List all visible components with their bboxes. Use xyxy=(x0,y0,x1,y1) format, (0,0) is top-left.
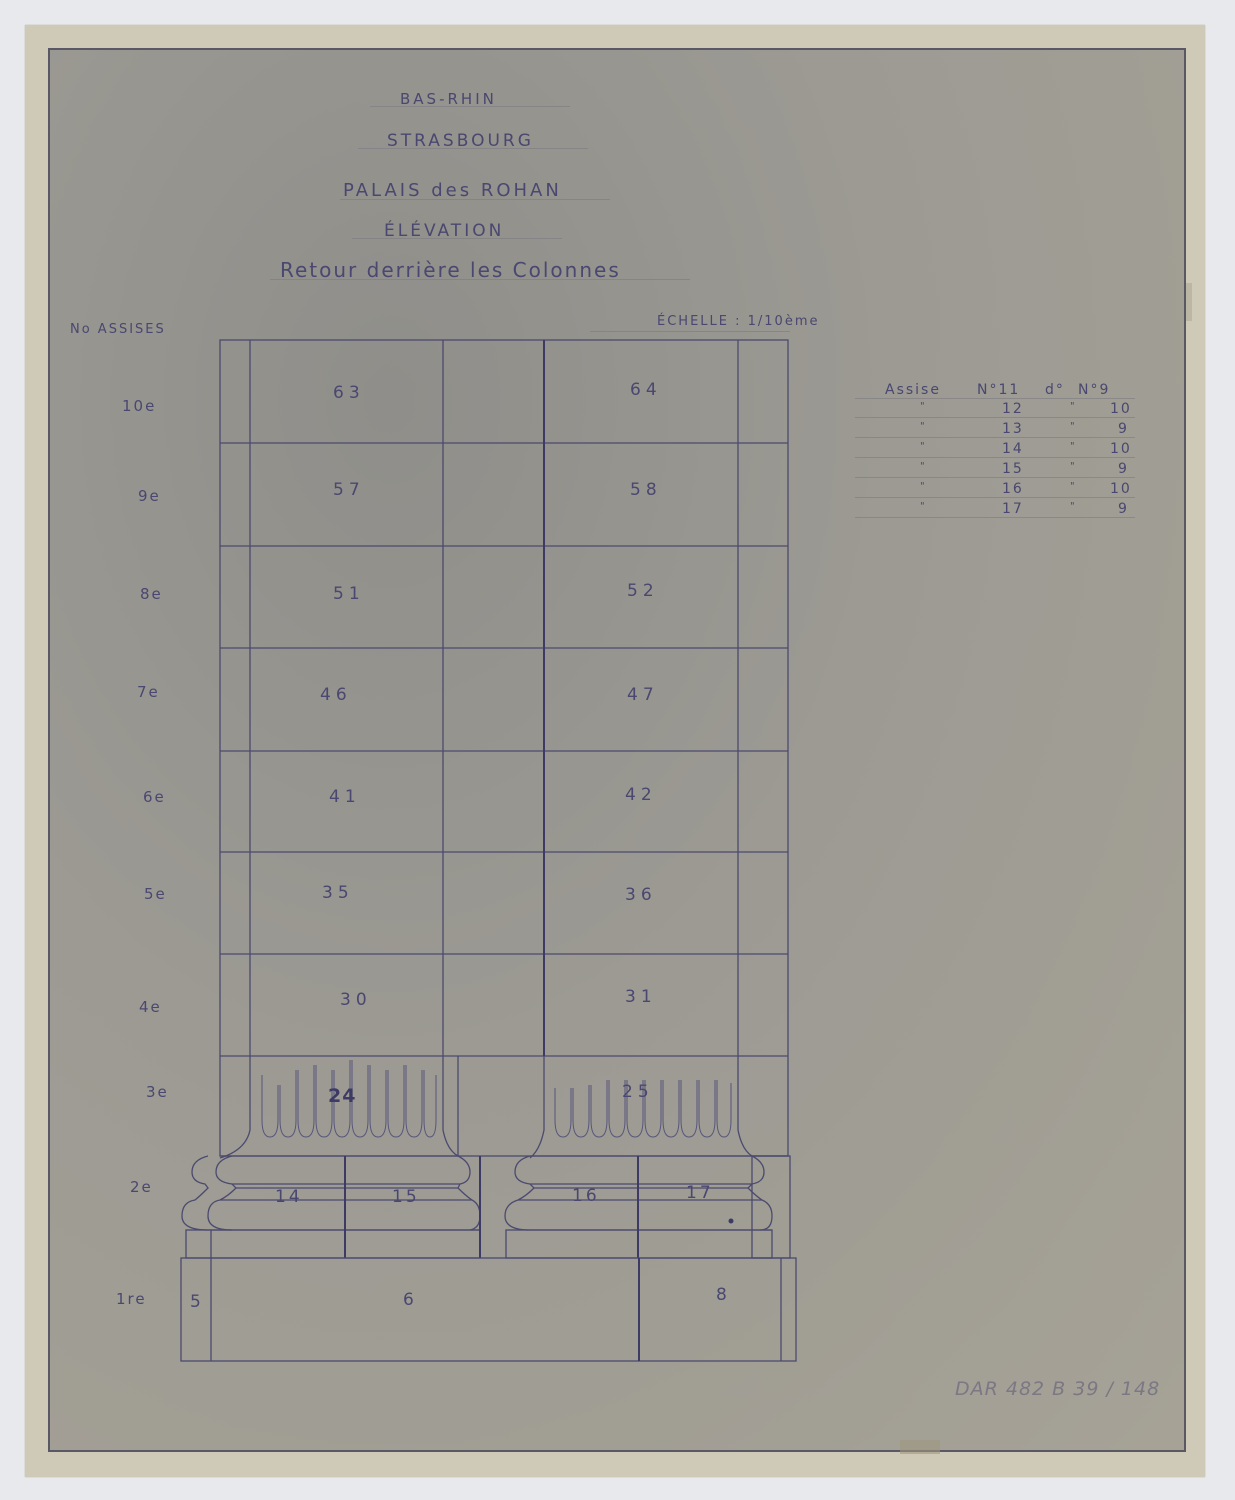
stone-number: 41 xyxy=(329,787,361,807)
table-cell: " xyxy=(1070,401,1077,412)
table-rule xyxy=(855,398,1135,399)
stone-number: 42 xyxy=(625,785,657,805)
table-cell: 10 xyxy=(1110,481,1132,497)
table-cell: 16 xyxy=(1002,481,1024,497)
table-cell: " xyxy=(1070,481,1077,492)
stone-number: 8 xyxy=(716,1285,732,1305)
table-header-cell: N°11 xyxy=(977,382,1020,398)
stone-number: 52 xyxy=(627,581,659,601)
stone-number: 35 xyxy=(322,883,354,903)
table-cell: " xyxy=(920,421,927,432)
table-cell: 15 xyxy=(1002,461,1024,477)
table-cell: " xyxy=(1070,421,1077,432)
stone-number: 6 xyxy=(403,1290,419,1310)
stone-number: 57 xyxy=(333,480,365,500)
archive-reference: DAR 482 B 39 / 148 xyxy=(955,1378,1160,1400)
table-cell: " xyxy=(1070,441,1077,452)
table-cell: " xyxy=(920,501,927,512)
stone-number: 15 xyxy=(392,1187,420,1207)
table-cell: 9 xyxy=(1118,501,1129,517)
table-cell: " xyxy=(920,461,927,472)
table-cell: 13 xyxy=(1002,421,1024,437)
table-header-cell: d° xyxy=(1045,382,1065,398)
table-cell: " xyxy=(1070,461,1077,472)
stone-number: 5 xyxy=(190,1292,206,1312)
table-rule xyxy=(855,497,1135,498)
table-rule xyxy=(855,417,1135,418)
stone-number: 24 xyxy=(328,1085,356,1107)
table-cell: 17 xyxy=(1002,501,1024,517)
table-rule xyxy=(855,437,1135,438)
table-header-cell: N°9 xyxy=(1078,382,1110,398)
table-cell: 9 xyxy=(1118,421,1129,437)
elevation-drawing xyxy=(0,0,1235,1500)
table-cell: 10 xyxy=(1110,401,1132,417)
table-cell: 12 xyxy=(1002,401,1024,417)
stone-number: 58 xyxy=(630,480,662,500)
table-cell: " xyxy=(920,441,927,452)
table-header-cell: Assise xyxy=(885,382,941,398)
table-rule xyxy=(855,457,1135,458)
stone-number: 46 xyxy=(320,685,352,705)
stone-number: 17 xyxy=(686,1183,714,1203)
stone-number: 47 xyxy=(627,685,659,705)
stone-number: 25 xyxy=(622,1082,654,1102)
stone-number: 14 xyxy=(275,1187,303,1207)
stone-number: 16 xyxy=(572,1186,600,1206)
table-rule xyxy=(855,517,1135,518)
table-cell: 10 xyxy=(1110,441,1132,457)
table-cell: 9 xyxy=(1118,461,1129,477)
table-cell: " xyxy=(920,401,927,412)
stone-number: 51 xyxy=(333,584,365,604)
table-cell: " xyxy=(1070,501,1077,512)
stone-number: 31 xyxy=(625,987,657,1007)
stone-number: 30 xyxy=(340,990,372,1010)
table-cell: " xyxy=(920,481,927,492)
table-rule xyxy=(855,477,1135,478)
stone-number: 36 xyxy=(625,885,657,905)
stone-number: 64 xyxy=(630,380,662,400)
stone-number: 63 xyxy=(333,383,365,403)
table-cell: 14 xyxy=(1002,441,1024,457)
